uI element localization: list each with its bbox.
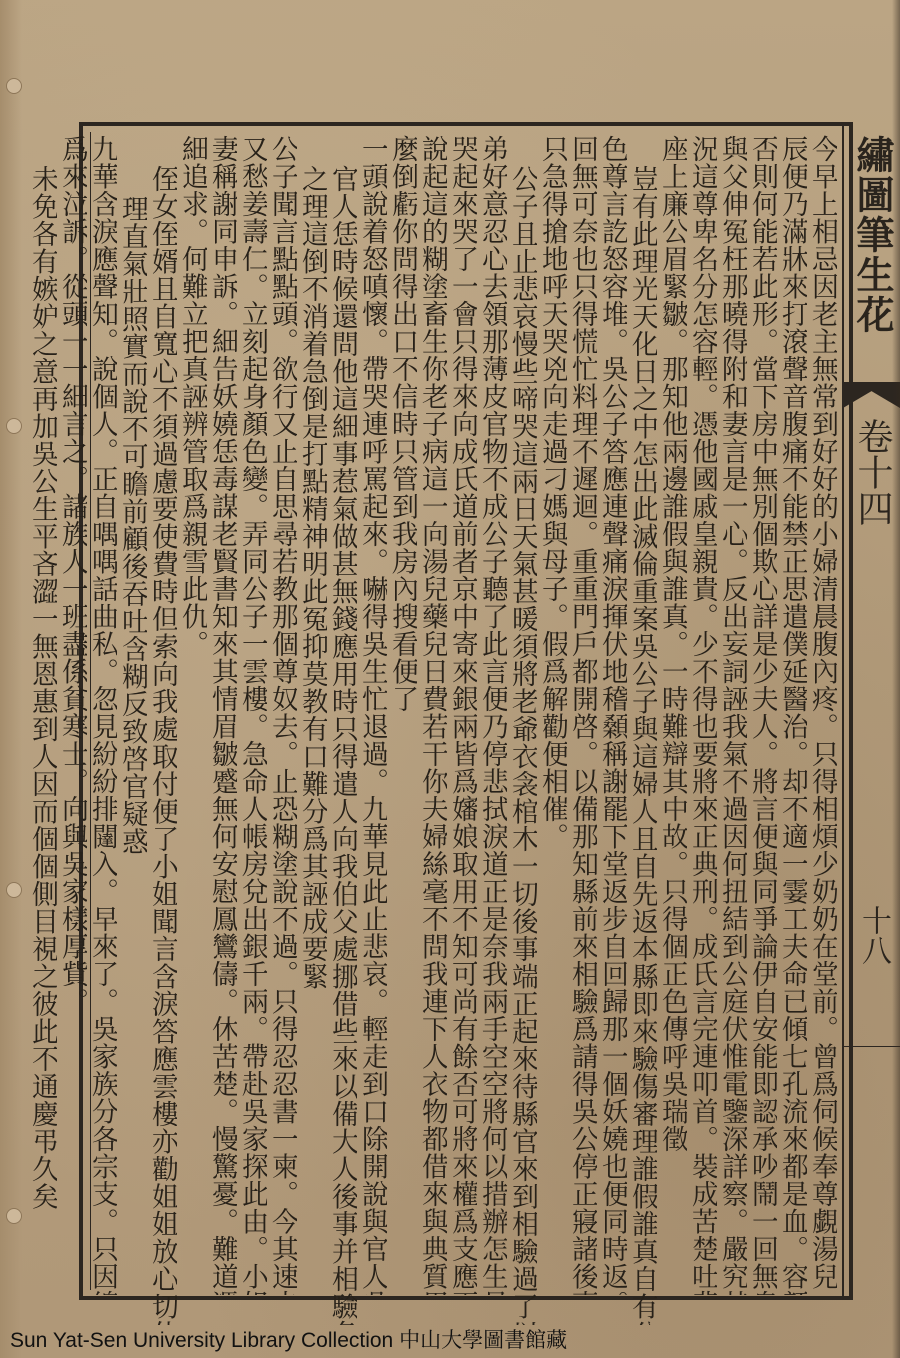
- text-column: 況這尊卑名分怎容輕。憑他國戚皇親貴。少不得也要將來正典刑。成氏言完連叩首。裝成苦…: [687, 135, 717, 1295]
- text-column: 侄女侄婿且自寬心不須過慮要使費時但索向我處取付便了小姐聞言含淚答應雲樓亦勸姐姐放…: [147, 135, 177, 1325]
- text-column: 一頭說着怒嗔懷。帶哭連呼罵起來。嚇得吳生忙退過。九華見此止悲哀。輕走到口除開說與…: [357, 135, 387, 1295]
- text-column: 哭起來哭了一會只得來向成氏道前者京中寄來銀兩皆爲嬸娘取用不知可尚有餘否可將來權爲…: [447, 135, 477, 1295]
- binding-hole: [6, 882, 22, 898]
- text-column: 理直氣壯照實而說不可瞻前顧後吞吐含糊反致啓官疑惑: [117, 135, 147, 1355]
- text-column: 麼倒虧你問得出口不信時只管到我房內搜看便了: [387, 135, 417, 1295]
- text-column: 色尊言訖怒容堆。吳公子答應連聲痛淚揮伏地稽顙稱謝罷下堂返步自回歸那一個妖嬈也便同…: [597, 135, 627, 1295]
- text-column: 與父伸冤枉那曉得附和妻言是一心。反出妄詞誣我氣不過因何扭結到公庭伏惟電鑒深詳察。…: [717, 135, 747, 1295]
- page-number: 十八: [850, 905, 896, 965]
- text-column: 只急得搶地呼天哭兇向走過刁媽與母子。假爲解勸便相催。: [537, 135, 567, 1295]
- text-column: 否則何能若此形。當下房中無別個欺心詳是少夫人。將言便與同爭論伊自安能即認承吵鬧一…: [747, 135, 777, 1295]
- binding-hole: [6, 78, 22, 94]
- page-left-edge: [0, 0, 22, 1358]
- scanned-page: 繡圖筆生花 卷十四 十八 今早上相忌因老主無常到好好的小婦清晨腹內疼。只得相煩少…: [0, 0, 900, 1358]
- text-column: 回無可奈也只得慌忙料理不遲迴。重重門戶都開啓。以備那知縣前來相驗爲請得吳公停正寢…: [567, 135, 597, 1295]
- text-column: 未免各有嫉妒之意再加吳公生平吝澀一無恩惠到人因而個個側目視之彼此不通慶弔久矣: [27, 135, 57, 1325]
- text-column: 辰便乃滿牀來打滾聲音腹痛不能禁正思遣僕延醫治。却不適一霎工夫命已傾七孔流來都是血…: [777, 135, 807, 1295]
- text-column: 官人恁時候還問他這細事惹氣做甚無錢應用時只得遣人向我伯父處挪借些來以備大人後事并…: [327, 135, 357, 1325]
- binding-hole: [6, 418, 22, 434]
- collection-caption: Sun Yat-Sen University Library Collectio…: [10, 1324, 567, 1354]
- text-column: 又愁姜壽仁。立刻起身顏色變。弄同公子一雲樓。急命人帳房兌出銀千兩。帶赴吳家探此由…: [237, 135, 267, 1295]
- text-column: 細追求。何難立把真誣辨管取爲親雪此仇。: [177, 135, 207, 1295]
- text-column: 說起這的糊塗畜生你老子病這一向湯兒藥兒日費若干你夫婦絲毫不問我連下人衣物都借來與…: [417, 135, 447, 1295]
- text-column: 妻稱謝同申訴。細告妖嬈恁毒謀老賢書知來其情眉皺蹙無何安慰鳳鸞儔。休苦楚。慢驚憂。…: [207, 135, 237, 1295]
- binding-hole: [6, 1208, 22, 1224]
- page-right-shadow: [892, 0, 900, 1358]
- text-column: 豈有此理光天化日之中怎出此滅倫重案吳公子與這婦人且自先返本縣即來驗傷審理誰假誰真…: [627, 135, 657, 1325]
- text-column: 弟好意忍心去領那薄皮官物不成公子聽了此言便乃停悲拭淚道正是奈我兩手空空將何以措辦…: [477, 135, 507, 1295]
- text-column: 今早上相忌因老主無常到好好的小婦清晨腹內疼。只得相煩少奶奶在堂前。曾爲伺候奉尊覷…: [807, 135, 837, 1295]
- text-column: 公子聞言點點頭。欲行又止自思尋若教那個尊奴去。止恐糊塗說不過。只得忍忍書一柬。今…: [267, 135, 297, 1295]
- volume-label: 卷十四: [848, 418, 896, 526]
- text-column: 公子且止悲哀慢些啼哭這兩日天氣甚暖須將老爺衣衾棺木一切後事端正起來待縣官來到相驗…: [507, 135, 537, 1325]
- book-title: 繡圖筆生花: [848, 135, 896, 335]
- text-column: 座上廉公眉緊皺。那知他兩邊誰假與誰真。一時難辯其中故。只得個正色傳呼吳瑞徵: [657, 135, 687, 1295]
- vertical-text-body: 今早上相忌因老主無常到好好的小婦清晨腹內疼。只得相煩少奶奶在堂前。曾爲伺候奉尊覷…: [95, 135, 837, 1295]
- text-column: 九華含淚應聲知。說個人。正自喁喁話曲私。忽見紛紛排闥入。早來了。吳家族分各宗支。…: [87, 135, 117, 1295]
- text-column: 爲來泣訴。從頭一一細言之。諸族人一班盡係貧寒士。向與吳家樣厚貲。: [57, 135, 87, 1295]
- text-column: 之理這倒不消着急倒是打點精神明此冤抑莫教有口難分爲其誣成要緊: [297, 135, 327, 1325]
